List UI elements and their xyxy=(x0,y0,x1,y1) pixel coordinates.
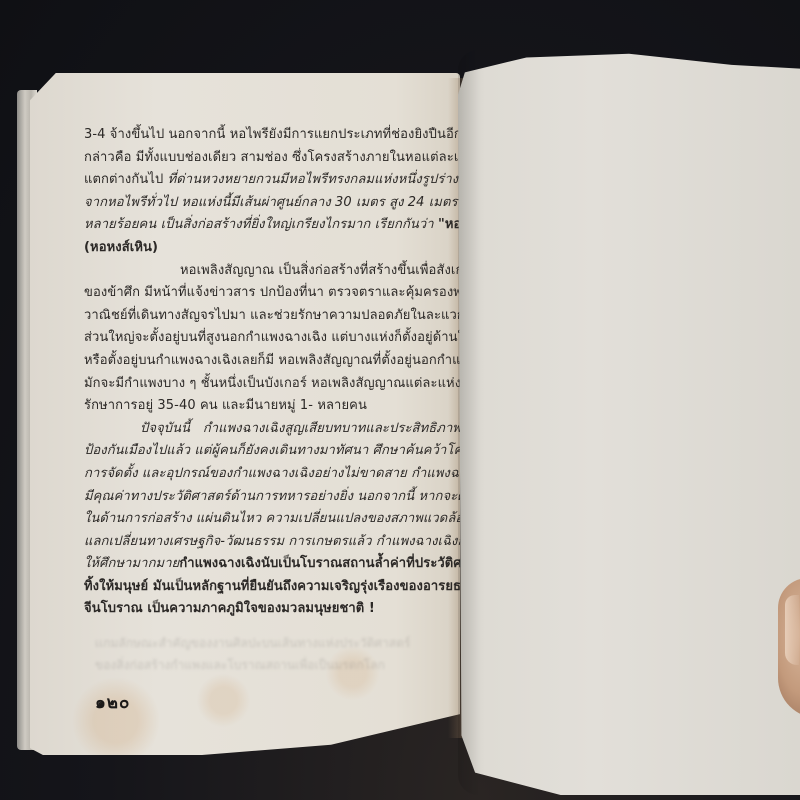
text-line: จากหอไพรีทั่วไป หอแห่งนี้มีเส้นผ่าศูนย์ก… xyxy=(84,192,456,215)
text-line: การจัดตั้ง และอุปกรณ์ของกำแพงฉางเฉิงอย่า… xyxy=(84,463,456,486)
text-line: ป้องกันเมืองไปแล้ว แต่ผู้คนก็ยังคงเดินทา… xyxy=(84,440,456,463)
text-line: ให้ศึกษามากมายกำแพงฉางเฉิงนับเป็นโบราณสถ… xyxy=(84,553,456,576)
bleed-through-text: เเกมลักษณะสำคัญของงานศิลปะบนเส้นทางแห่งป… xyxy=(95,632,435,676)
tower-name-translation: (หอหงส์เหิน) xyxy=(84,237,456,260)
text-segment-bold: กำแพงฉางเฉิงนับเป็นโบราณสถานล้ำค่าที่ประ… xyxy=(179,556,492,571)
text-line: กล่าวคือ มีทั้งแบบช่องเดียว สามช่อง ซึ่ง… xyxy=(84,147,456,170)
text-line: มีคุณค่าทางประวัติศาสตร์ด้านการทหารอย่าง… xyxy=(84,486,456,509)
text-line: หรือตั้งอยู่บนกำแพงฉางเฉิงเลยก็มี หอเพลิ… xyxy=(84,350,456,373)
text-segment-italic: หลายร้อยคน เป็นสิ่งก่อสร้างที่ยิ่งใหญ่เก… xyxy=(84,217,434,232)
text-line: มักจะมีกำแพงบาง ๆ ชั้นหนึ่งเป็นบังเกอร์ … xyxy=(84,373,456,396)
text-line: รักษาการอยู่ 35-40 คน และมีนายหมู่ 1- หล… xyxy=(84,395,456,418)
page-number: ๑๒๐ xyxy=(95,689,130,716)
text-segment: แตกต่างกันไป xyxy=(84,172,163,187)
text-line-bold: จีนโบราณ เป็นความภาคภูมิใจของมวลมนุษยชาต… xyxy=(84,598,456,621)
text-line: หลายร้อยคน เป็นสิ่งก่อสร้างที่ยิ่งใหญ่เก… xyxy=(84,214,456,237)
thumbnail-highlight xyxy=(785,595,799,665)
text-line: ในด้านการก่อสร้าง แผ่นดินไหว ความเปลี่ยน… xyxy=(84,508,456,531)
text-segment-italic: ปัจจุบันนี้ xyxy=(140,421,190,436)
bleed-line: ของสิ่งก่อสร้างกำแพงและโบราณสถานเพื่อเป็… xyxy=(95,654,435,676)
text-line: 3-4 จ้างขึ้นไป นอกจากนี้ หอไพรียังมีการแ… xyxy=(84,124,456,147)
text-line: ปัจจุบันนี้ กำแพงฉางเฉิงสูญเสียบทบาทและป… xyxy=(84,418,456,441)
paragraph-present-day: ปัจจุบันนี้ กำแพงฉางเฉิงสูญเสียบทบาทและป… xyxy=(84,418,456,621)
text-segment-italic: ที่ด่านหวงหยายกวนมีหอไพรีทรงกลมแห่งหนึ่ง… xyxy=(168,172,506,187)
bleed-line: เเกมลักษณะสำคัญของงานศิลปะบนเส้นทางแห่งป… xyxy=(95,632,435,654)
text-line: หอเพลิงสัญญาณ เป็นสิ่งก่อสร้างที่สร้างขึ… xyxy=(84,260,456,283)
text-line: ของข้าศึก มีหน้าที่แจ้งข่าวสาร ปกป้องที่… xyxy=(84,282,456,305)
text-line: วาณิชย์ที่เดินทางสัญจรไปมา และช่วยรักษาค… xyxy=(84,305,456,328)
text-segment-italic: ให้ศึกษามากมาย xyxy=(84,556,179,571)
paragraph-watchtowers: 3-4 จ้างขึ้นไป นอกจากนี้ หอไพรียังมีการแ… xyxy=(84,124,456,260)
text-line: แลกเปลี่ยนทางเศรษฐกิจ-วัฒนธรรม การเกษตรแ… xyxy=(84,531,456,554)
text-line-bold: ทิ้งให้มนุษย์ มันเป็นหลักฐานที่ยืนยันถึง… xyxy=(84,576,456,599)
text-line: แตกต่างกันไป ที่ด่านหวงหยายกวนมีหอไพรีทร… xyxy=(84,169,456,192)
text-segment-italic: กำแพงฉางเฉิงสูญเสียบทบาทและประสิทธิภาพใน… xyxy=(203,421,499,436)
right-page-blank xyxy=(458,50,800,795)
right-page-curl-shadow xyxy=(458,50,480,795)
paragraph-beacon-towers: หอเพลิงสัญญาณ เป็นสิ่งก่อสร้างที่สร้างขึ… xyxy=(84,260,456,418)
text-line: ส่วนใหญ่จะตั้งอยู่บนที่สูงนอกกำแพงฉางเฉิ… xyxy=(84,327,456,350)
body-text: 3-4 จ้างขึ้นไป นอกจากนี้ หอไพรียังมีการแ… xyxy=(84,124,456,621)
